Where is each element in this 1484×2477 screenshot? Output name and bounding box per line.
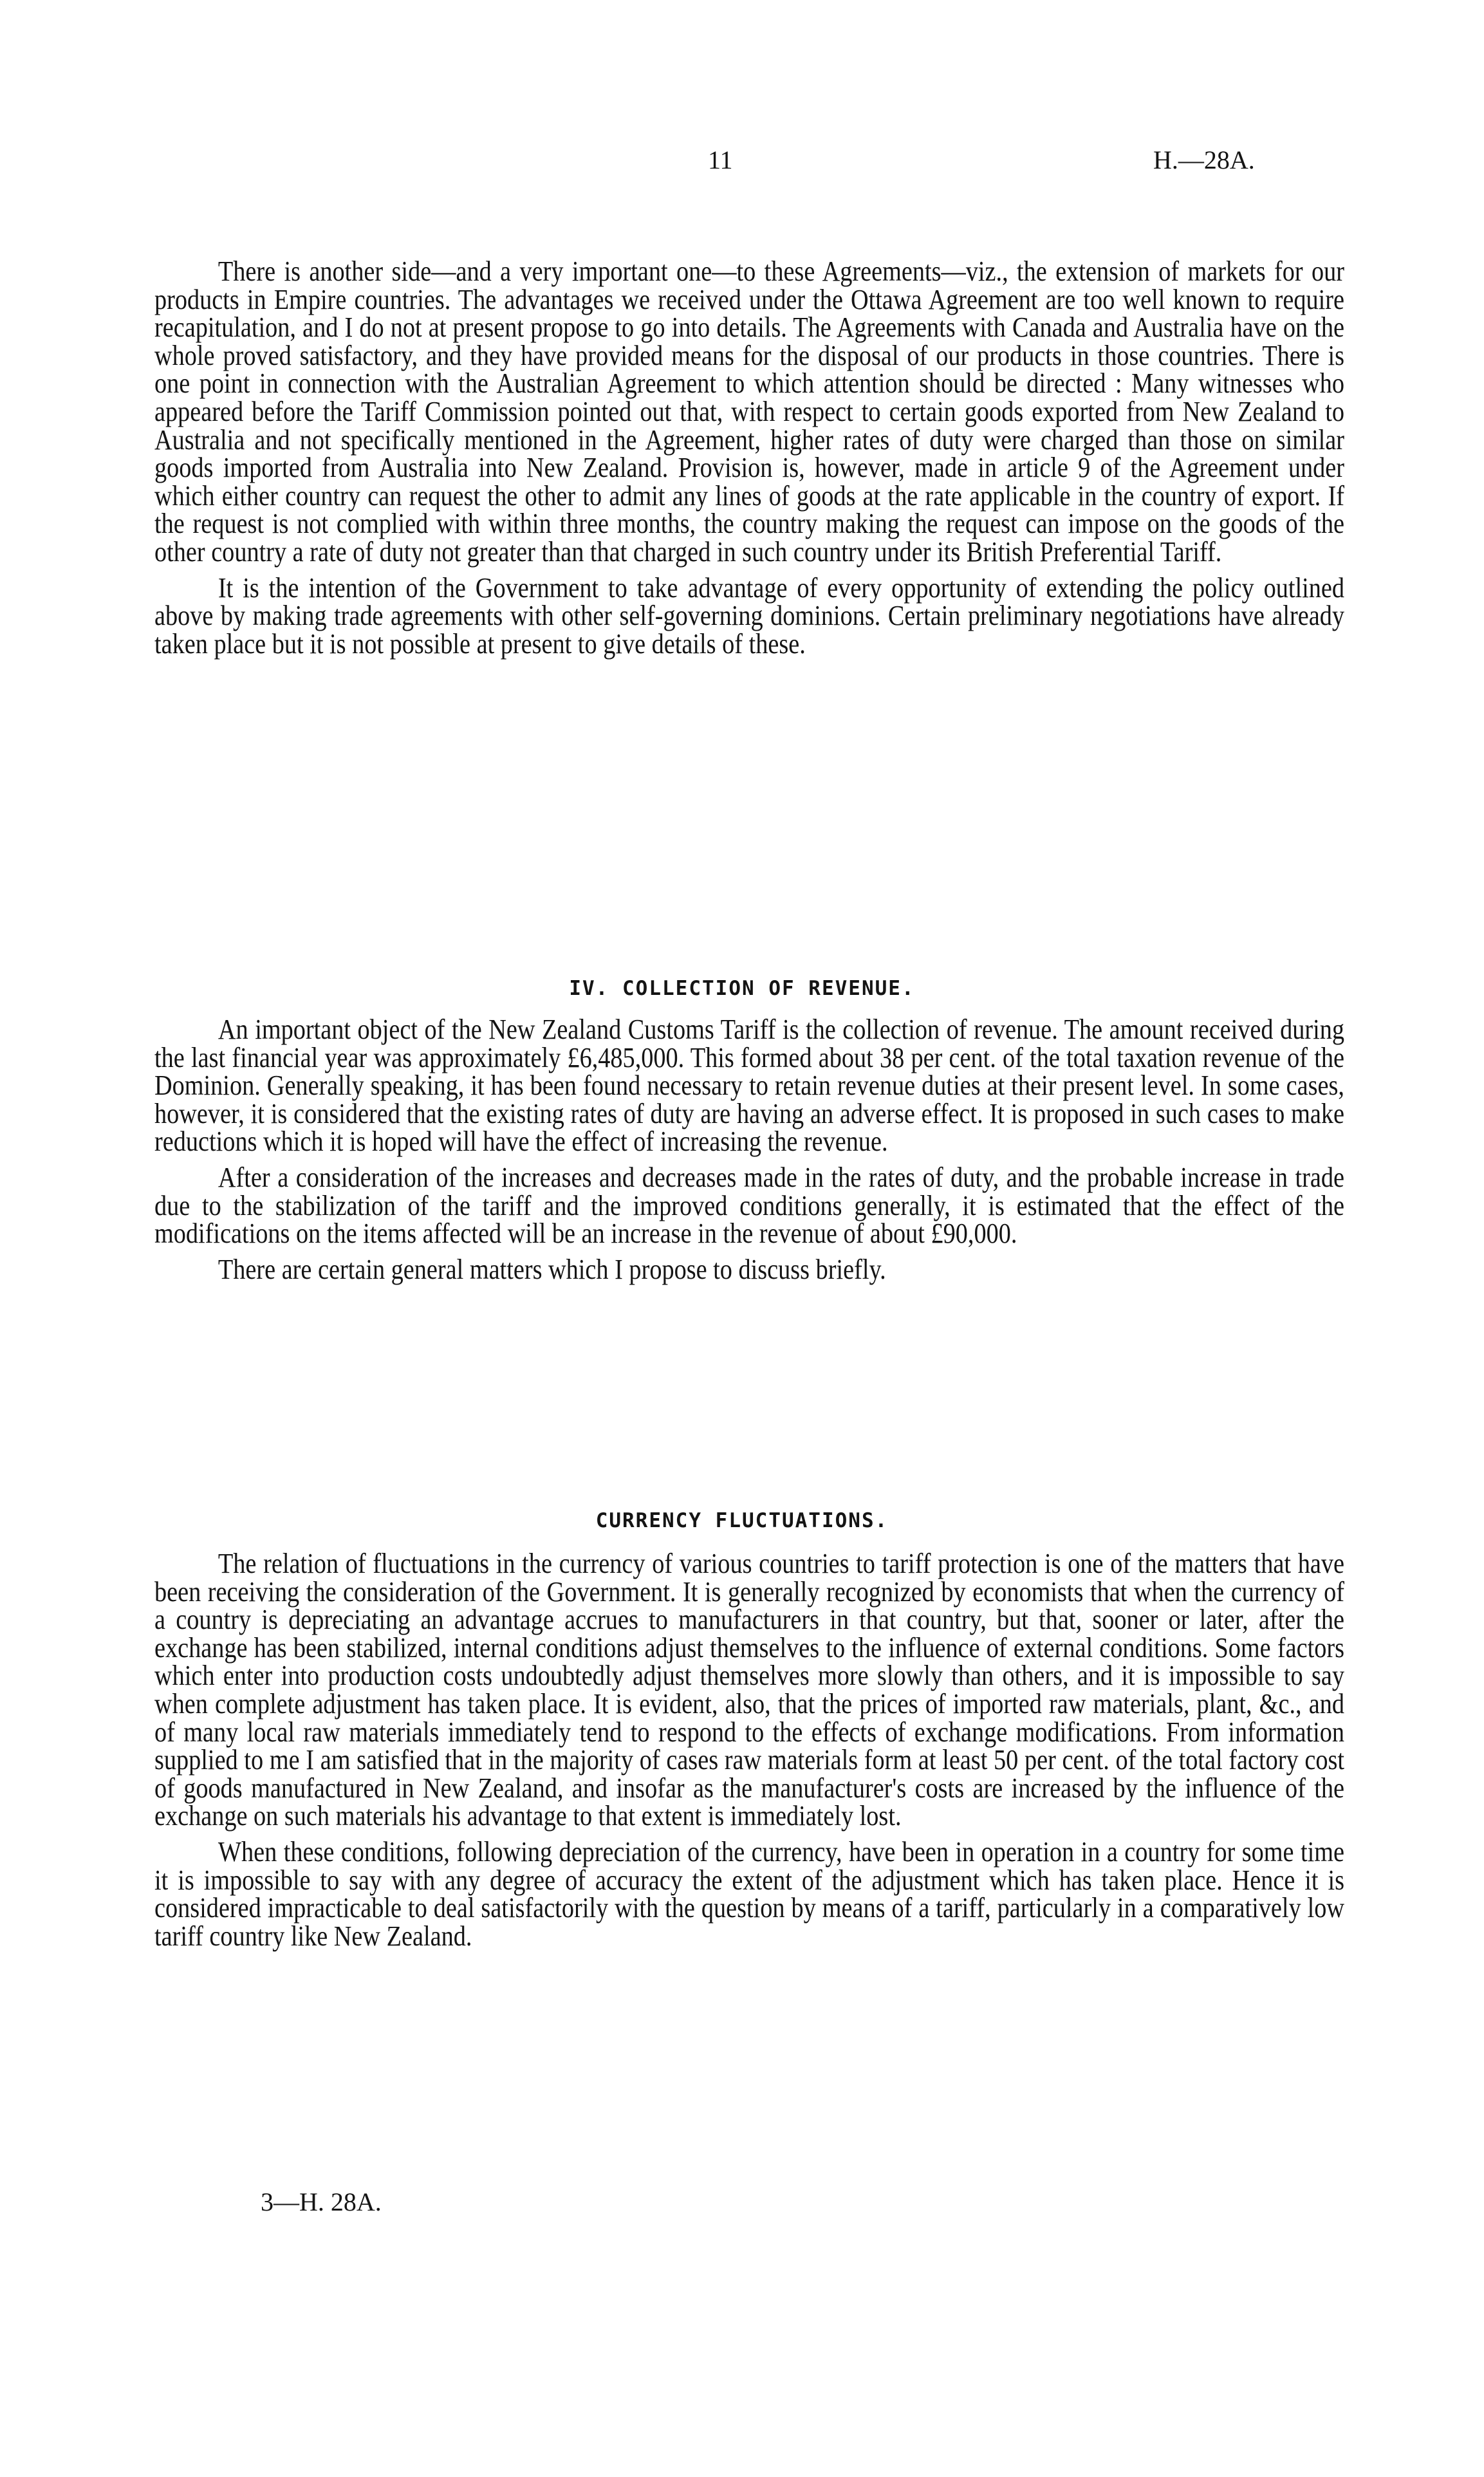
page-header: 11 H.—28A. bbox=[0, 145, 1484, 183]
revenue-section: An important object of the New Zealand C… bbox=[154, 1016, 1344, 1283]
paragraph-revenue-general-matters: There are certain general matters which … bbox=[154, 1256, 1344, 1284]
printer-signature: 3—H. 28A. bbox=[261, 2187, 382, 2217]
paragraph-revenue-object: An important object of the New Zealand C… bbox=[154, 1016, 1344, 1156]
page-number: 11 bbox=[708, 145, 733, 175]
section-heading-revenue: IV. COLLECTION OF REVENUE. bbox=[0, 977, 1484, 1000]
currency-section: The relation of fluctuations in the curr… bbox=[154, 1550, 1344, 1950]
paragraph-revenue-estimate: After a consideration of the increases a… bbox=[154, 1164, 1344, 1248]
paragraph-agreements-intention: It is the intention of the Government to… bbox=[154, 574, 1344, 658]
agreements-section: There is another side—and a very importa… bbox=[154, 257, 1344, 658]
paragraph-currency-conditions: When these conditions, following depreci… bbox=[154, 1838, 1344, 1950]
section-heading-currency: CURRENCY FLUCTUATIONS. bbox=[0, 1509, 1484, 1532]
paragraph-currency-relation: The relation of fluctuations in the curr… bbox=[154, 1550, 1344, 1830]
paragraph-agreements-markets: There is another side—and a very importa… bbox=[154, 257, 1344, 566]
document-reference: H.—28A. bbox=[1153, 145, 1255, 175]
document-page: 11 H.—28A. There is another side—and a v… bbox=[0, 0, 1484, 2477]
